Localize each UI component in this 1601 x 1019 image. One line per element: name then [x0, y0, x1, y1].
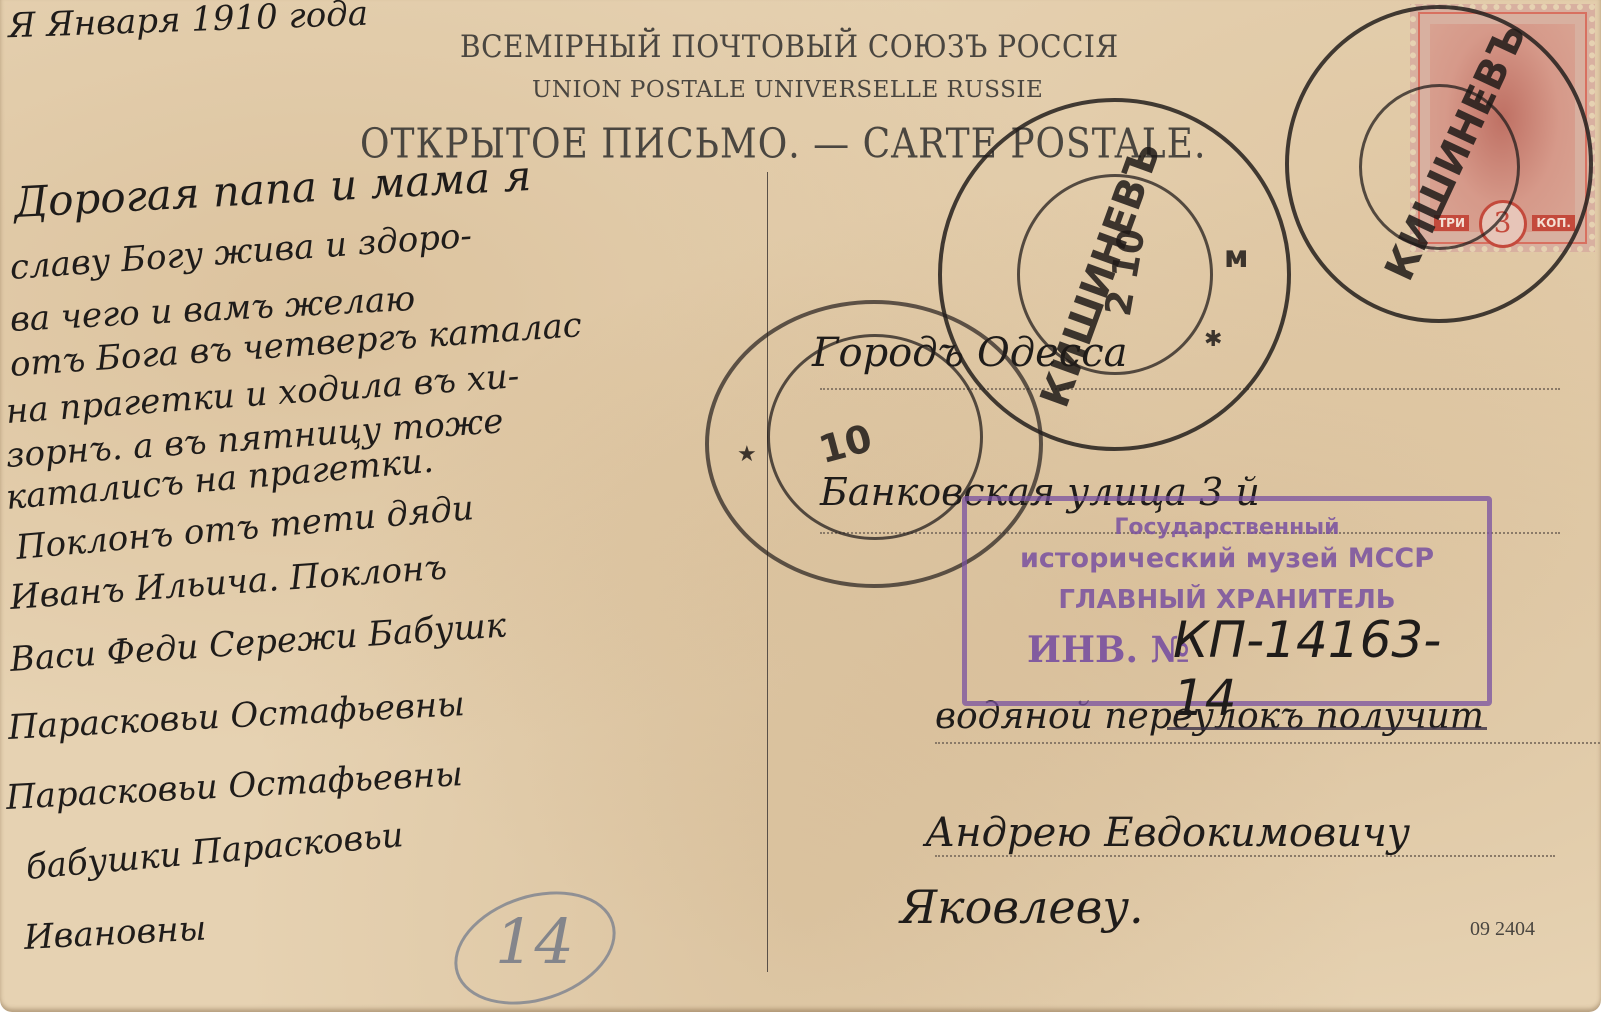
inventory-number: КП-14163-14 — [1167, 611, 1487, 730]
header-line-french: UNION POSTALE UNIVERSELLE RUSSIE — [532, 77, 1043, 103]
recipient-name: Андрею Евдокимовичу — [925, 810, 1410, 856]
recipient-surname: Яковлеву. — [900, 880, 1144, 934]
handwritten-date: Я Января 1910 года — [7, 0, 368, 46]
message-line: бабушки Парасковьи — [24, 815, 405, 888]
museum-stamp-line-2: исторический музей МССР — [967, 543, 1487, 574]
postcard: ВСЕМІРНЫЙ ПОЧТОВЫЙ СОЮЗЪ РОССІЯ UNION PO… — [0, 0, 1601, 1012]
inventory-label: ИНВ. № — [1027, 629, 1190, 671]
museum-stamp-line-1: Государственный — [967, 515, 1487, 540]
postmark-star-icon: ★ — [737, 442, 757, 467]
catalog-number: 09 2404 — [1470, 918, 1535, 941]
address-line-3 — [935, 742, 1600, 744]
postmark-star-icon: ✱ — [1204, 327, 1222, 352]
message-line: Дорогая папа и мама я — [13, 151, 533, 227]
pencil-number: 14 — [495, 905, 574, 978]
message-line: славу Богу жива и здоро- — [9, 216, 474, 288]
header-line-russian: ВСЕМІРНЫЙ ПОЧТОВЫЙ СОЮЗЪ РОССІЯ — [460, 28, 1119, 64]
message-line: Парасковьи Остафьевны — [5, 754, 464, 818]
postmark-inner-ring — [767, 334, 983, 540]
postmark-letter: м — [1224, 240, 1249, 275]
museum-inventory-stamp: Государственный исторический музей МССР … — [962, 496, 1492, 706]
message-line: Ивановны — [23, 908, 207, 957]
center-divider — [767, 172, 768, 972]
message-line: Парасковьи Остафьевны — [7, 684, 466, 748]
postmark-top-right: КИШИНЕВЪ — [1285, 5, 1593, 323]
message-line: Васи Феди Сережи Бабушк — [9, 605, 508, 680]
